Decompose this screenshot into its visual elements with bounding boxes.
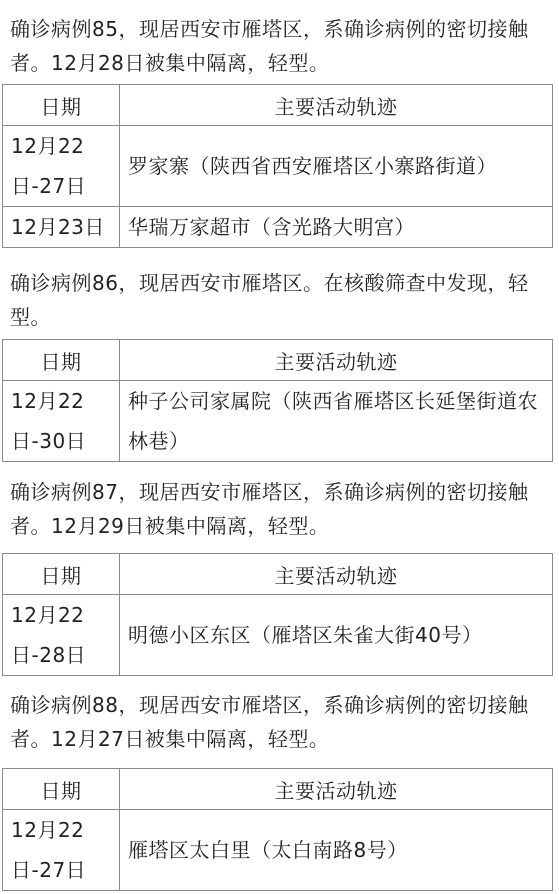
date-header: 日期 [3, 340, 120, 381]
date-cell: 12月22日-28日 [3, 595, 120, 676]
case-87-intro: 确诊病例87，现居西安市雁塔区，系确诊病例的密切接触者。12月29日被集中隔离，… [10, 475, 550, 543]
track-cell: 种子公司家属院（陕西省雁塔区长延堡街道农林巷） [120, 381, 553, 462]
track-cell: 雁塔区太白里（太白南路8号） [120, 810, 553, 891]
date-cell: 12月23日 [3, 207, 120, 248]
date-header: 日期 [3, 769, 120, 810]
table-row: 12月22日-30日 种子公司家属院（陕西省雁塔区长延堡街道农林巷） [3, 381, 553, 462]
case-85-intro: 确诊病例85，现居西安市雁塔区，系确诊病例的密切接触者。12月28日被集中隔离，… [10, 12, 550, 80]
table-row: 12月23日 华瑞万家超市（含光路大明宫） [3, 207, 553, 248]
track-cell: 罗家寨（陕西省西安雁塔区小寨路街道） [120, 126, 553, 207]
case-86-track-table: 日期 主要活动轨迹 12月22日-30日 种子公司家属院（陕西省雁塔区长延堡街道… [2, 339, 553, 462]
track-cell: 华瑞万家超市（含光路大明宫） [120, 207, 553, 248]
track-header: 主要活动轨迹 [120, 85, 553, 126]
date-header: 日期 [3, 554, 120, 595]
date-header: 日期 [3, 85, 120, 126]
date-cell: 12月22日-30日 [3, 381, 120, 462]
table-header-row: 日期 主要活动轨迹 [3, 85, 553, 126]
date-cell: 12月22日-27日 [3, 810, 120, 891]
case-87-track-table: 日期 主要活动轨迹 12月22日-28日 明德小区东区（雁塔区朱雀大街40号） [2, 553, 553, 676]
table-row: 12月22日-27日 雁塔区太白里（太白南路8号） [3, 810, 553, 891]
track-header: 主要活动轨迹 [120, 769, 553, 810]
track-header: 主要活动轨迹 [120, 554, 553, 595]
case-88-track-table: 日期 主要活动轨迹 12月22日-27日 雁塔区太白里（太白南路8号） [2, 768, 553, 891]
table-header-row: 日期 主要活动轨迹 [3, 554, 553, 595]
table-header-row: 日期 主要活动轨迹 [3, 340, 553, 381]
table-row: 12月22日-27日 罗家寨（陕西省西安雁塔区小寨路街道） [3, 126, 553, 207]
table-row: 12月22日-28日 明德小区东区（雁塔区朱雀大街40号） [3, 595, 553, 676]
case-86-intro: 确诊病例86，现居西安市雁塔区。在核酸筛查中发现，轻型。 [10, 266, 550, 334]
date-cell: 12月22日-27日 [3, 126, 120, 207]
case-85-track-table: 日期 主要活动轨迹 12月22日-27日 罗家寨（陕西省西安雁塔区小寨路街道） … [2, 84, 553, 248]
case-88-intro: 确诊病例88，现居西安市雁塔区，系确诊病例的密切接触者。12月27日被集中隔离，… [10, 688, 550, 756]
track-cell: 明德小区东区（雁塔区朱雀大街40号） [120, 595, 553, 676]
table-header-row: 日期 主要活动轨迹 [3, 769, 553, 810]
track-header: 主要活动轨迹 [120, 340, 553, 381]
